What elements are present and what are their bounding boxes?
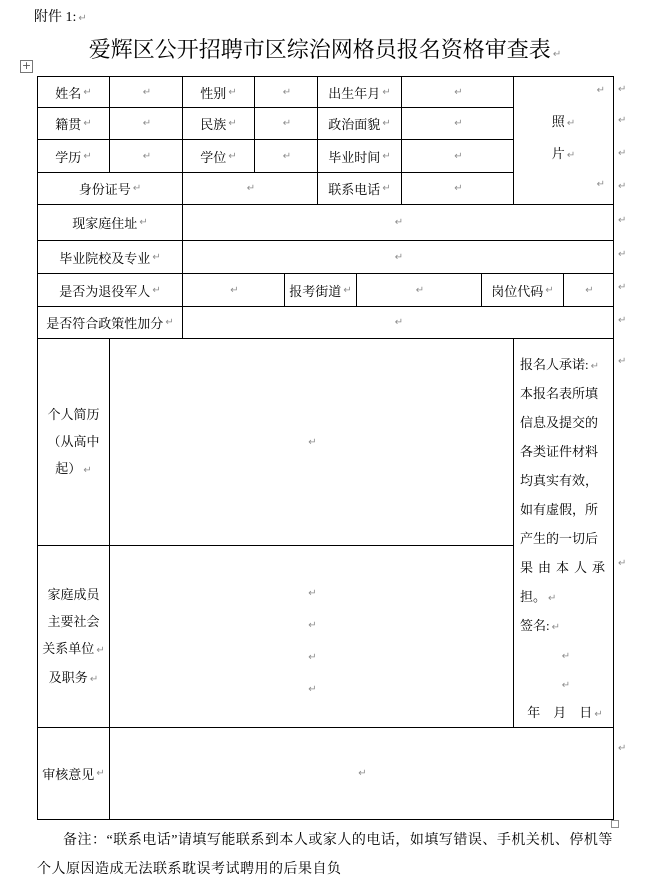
paragraph-mark: ↵ — [78, 13, 86, 24]
political-status-value-cell[interactable]: ↵ — [401, 107, 514, 140]
paragraph-mark: ↵ — [308, 578, 316, 610]
name-value-cell[interactable]: ↵ — [109, 76, 183, 108]
paragraph-mark: ↵ — [96, 768, 104, 779]
footnote-line1: 备注：“联系电话”请填写能联系到本人或家人的电话，如填写错误、手机关机、停机等 — [63, 829, 613, 849]
promise-text: 担。 — [520, 589, 546, 604]
paragraph-mark: ↵ — [395, 252, 403, 263]
promise-line: 本报名表所填 — [520, 379, 610, 408]
paragraph-mark: ↵ — [597, 85, 605, 96]
paragraph-mark: ↵ — [228, 87, 236, 98]
street-value-cell[interactable]: ↵ — [356, 273, 482, 307]
gender-label-cell: 性别↵ — [182, 76, 255, 108]
paragraph-mark: ↵ — [139, 217, 147, 228]
paragraph-mark: ↵ — [143, 118, 151, 129]
paragraph-mark: ↵ — [562, 651, 570, 662]
row-end-mark: ↵ — [618, 115, 626, 126]
veteran-value-cell[interactable]: ↵ — [182, 273, 285, 307]
home-address-label-cell: 现家庭住址↵ — [37, 204, 183, 241]
photo-label-line2: 片↵ — [514, 143, 613, 162]
paragraph-mark: ↵ — [567, 150, 575, 161]
family-label-line: 家庭成员 — [47, 581, 99, 608]
paragraph-mark: ↵ — [382, 151, 390, 162]
paragraph-mark: ↵ — [395, 217, 403, 228]
paragraph-mark: ↵ — [454, 118, 462, 129]
education-label: 学历 — [55, 147, 81, 166]
row-end-mark: ↵ — [618, 249, 626, 260]
paragraph-mark: ↵ — [591, 361, 599, 372]
signature-label: 签名: — [520, 618, 550, 633]
family-label-text: 关系单位 — [42, 641, 94, 656]
family-value-cell[interactable]: ↵ ↵ ↵ ↵ — [109, 545, 514, 728]
degree-value-cell[interactable]: ↵ — [254, 139, 318, 173]
birth-date-value-cell[interactable]: ↵ — [401, 76, 514, 108]
education-label-cell: 学历↵ — [37, 139, 110, 173]
resume-label-line: 起）↵ — [55, 455, 91, 484]
ethnicity-label-cell: 民族↵ — [182, 107, 255, 140]
row-end-mark: ↵ — [618, 356, 626, 367]
paragraph-mark: ↵ — [552, 622, 560, 633]
street-label: 报考街道 — [289, 281, 341, 300]
row-end-mark: ↵ — [618, 215, 626, 226]
graduation-time-value-cell[interactable]: ↵ — [401, 139, 514, 173]
resume-label-cell: 个人简历 （从高中 起）↵ — [37, 338, 110, 546]
row-end-mark: ↵ — [618, 315, 626, 326]
gender-label: 性别 — [200, 83, 226, 102]
policy-bonus-label: 是否符合政策性加分 — [46, 313, 163, 332]
row-end-mark: ↵ — [618, 282, 626, 293]
applicant-promise-cell: 报名人承诺:↵ 本报名表所填 信息及提交的 各类证件材料 均真实有效， 如有虚假… — [513, 338, 614, 728]
paragraph-mark: ↵ — [83, 151, 91, 162]
ethnicity-label: 民族 — [200, 114, 226, 133]
paragraph-mark: ↵ — [382, 183, 390, 194]
promise-line: 均真实有效， — [520, 466, 610, 495]
promise-line: 信息及提交的 — [520, 408, 610, 437]
paragraph-mark: ↵ — [585, 285, 593, 296]
page-title: 爱辉区公开招聘市区综治网格员报名资格审查表↵ — [0, 33, 650, 64]
political-status-label-cell: 政治面貌↵ — [317, 107, 402, 140]
veteran-label: 是否为退役军人 — [59, 281, 150, 300]
home-address-value-cell[interactable]: ↵ — [182, 204, 614, 241]
table-resize-handle[interactable] — [611, 820, 619, 828]
promise-line: 各类证件材料 — [520, 437, 610, 466]
footnote-line2: 个人原因造成无法联系耽误考试聘用的后果自负 — [37, 858, 342, 878]
id-number-label-cell: 身份证号↵ — [37, 172, 183, 205]
row-end-mark: ↵ — [618, 148, 626, 159]
education-value-cell[interactable]: ↵ — [109, 139, 183, 173]
signature-label-line: 签名:↵ — [520, 611, 610, 640]
native-place-value-cell[interactable]: ↵ — [109, 107, 183, 140]
promise-line: 果由本人承 — [520, 553, 610, 582]
family-label-line: 主要社会 — [47, 608, 99, 635]
policy-bonus-label-cell: 是否符合政策性加分↵ — [37, 306, 183, 339]
phone-value-cell[interactable]: ↵ — [401, 172, 514, 205]
paragraph-mark: ↵ — [283, 87, 291, 98]
family-label-line: 及职务↵ — [49, 664, 98, 693]
paragraph-mark: ↵ — [454, 183, 462, 194]
row-end-mark: ↵ — [618, 743, 626, 754]
paragraph-mark: ↵ — [454, 87, 462, 98]
paragraph-mark: ↵ — [83, 118, 91, 129]
name-label-cell: 姓名↵ — [37, 76, 110, 108]
native-place-label-cell: 籍贯↵ — [37, 107, 110, 140]
family-label-cell: 家庭成员 主要社会 关系单位↵ 及职务↵ — [37, 545, 110, 728]
paragraph-mark: ↵ — [96, 645, 104, 656]
resume-label-line: 个人简历 — [47, 401, 99, 428]
photo-cell[interactable]: ↵ 照↵ 片↵ ↵ — [513, 76, 614, 205]
promise-line: 担。↵ — [520, 582, 610, 611]
phone-label-cell: 联系电话↵ — [317, 172, 402, 205]
gender-value-cell[interactable]: ↵ — [254, 76, 318, 108]
paragraph-mark: ↵ — [553, 49, 561, 60]
veteran-label-cell: 是否为退役军人↵ — [37, 273, 183, 307]
graduation-time-label: 毕业时间 — [328, 147, 380, 166]
promise-line: 报名人承诺:↵ — [520, 350, 610, 379]
attachment-label: 附件 1:↵ — [34, 6, 87, 26]
position-code-label-cell: 岗位代码↵ — [481, 273, 564, 307]
paragraph-mark: ↵ — [143, 151, 151, 162]
attachment-text: 附件 1: — [34, 10, 76, 25]
paragraph-mark: ↵ — [382, 118, 390, 129]
ethnicity-value-cell[interactable]: ↵ — [254, 107, 318, 140]
resume-label-text: 起） — [55, 461, 81, 476]
id-number-label: 身份证号 — [79, 179, 131, 198]
degree-label: 学位 — [200, 147, 226, 166]
paragraph-mark: ↵ — [358, 768, 366, 779]
page-title-text: 爱辉区公开招聘市区综治网格员报名资格审查表 — [89, 37, 551, 62]
paragraph-mark: ↵ — [308, 610, 316, 642]
paragraph-mark: ↵ — [395, 317, 403, 328]
birth-date-label-cell: 出生年月↵ — [317, 76, 402, 108]
promise-line: 产生的一切后 — [520, 524, 610, 553]
promise-empty-line: ↵ — [520, 640, 610, 669]
family-label-line: 关系单位↵ — [42, 635, 104, 664]
row-end-mark: ↵ — [618, 558, 626, 569]
paragraph-mark: ↵ — [152, 252, 160, 263]
school-major-label: 毕业院校及专业 — [59, 248, 150, 267]
photo-label-text: 照 — [552, 114, 565, 129]
paragraph-mark: ↵ — [133, 183, 141, 194]
review-label: 审核意见 — [42, 764, 94, 783]
paragraph-mark: ↵ — [308, 437, 316, 448]
resume-value-cell[interactable]: ↵ — [109, 338, 514, 546]
paragraph-mark: ↵ — [165, 317, 173, 328]
political-status-label: 政治面貌 — [328, 114, 380, 133]
home-address-label: 现家庭住址 — [72, 213, 137, 232]
paragraph-mark: ↵ — [597, 179, 605, 190]
school-major-value-cell[interactable]: ↵ — [182, 240, 614, 274]
paragraph-mark: ↵ — [416, 285, 424, 296]
paragraph-mark: ↵ — [247, 183, 255, 194]
promise-empty-line: ↵ — [520, 669, 610, 698]
date-label: 年 月 日 — [527, 705, 592, 720]
policy-bonus-value-cell[interactable]: ↵ — [182, 306, 614, 339]
birth-date-label: 出生年月 — [328, 83, 380, 102]
paragraph-mark: ↵ — [308, 642, 316, 674]
graduation-time-label-cell: 毕业时间↵ — [317, 139, 402, 173]
review-value-cell[interactable]: ↵ — [109, 727, 614, 820]
paragraph-mark: ↵ — [152, 285, 160, 296]
photo-label-line1: 照↵ — [514, 111, 613, 130]
paragraph-mark: ↵ — [308, 674, 316, 706]
paragraph-mark: ↵ — [594, 709, 602, 720]
paragraph-mark: ↵ — [382, 87, 390, 98]
paragraph-mark: ↵ — [143, 87, 151, 98]
native-place-label: 籍贯 — [55, 114, 81, 133]
degree-label-cell: 学位↵ — [182, 139, 255, 173]
family-label-text: 及职务 — [49, 670, 88, 685]
paragraph-mark: ↵ — [90, 674, 98, 685]
position-code-label: 岗位代码 — [491, 281, 543, 300]
promise-text: 果由本人承 — [520, 560, 610, 575]
paragraph-mark: ↵ — [83, 87, 91, 98]
paragraph-mark: ↵ — [228, 118, 236, 129]
paragraph-mark: ↵ — [548, 593, 556, 604]
photo-label-text: 片 — [552, 146, 565, 161]
review-label-cell: 审核意见↵ — [37, 727, 110, 820]
school-major-label-cell: 毕业院校及专业↵ — [37, 240, 183, 274]
table-move-handle-icon[interactable]: + — [20, 60, 33, 73]
paragraph-mark: ↵ — [230, 285, 238, 296]
promise-text: 报名人承诺: — [520, 357, 589, 372]
date-line: 年 月 日↵ — [520, 698, 610, 727]
row-end-mark: ↵ — [618, 84, 626, 95]
street-label-cell: 报考街道↵ — [284, 273, 357, 307]
paragraph-mark: ↵ — [83, 465, 91, 476]
phone-label: 联系电话 — [328, 179, 380, 198]
paragraph-mark: ↵ — [567, 118, 575, 129]
promise-line: 如有虚假，所 — [520, 495, 610, 524]
paragraph-mark: ↵ — [228, 151, 236, 162]
paragraph-mark: ↵ — [283, 151, 291, 162]
paragraph-mark: ↵ — [545, 285, 553, 296]
resume-label-line: （从高中 — [47, 428, 99, 455]
id-number-value-cell[interactable]: ↵ — [182, 172, 318, 205]
paragraph-mark: ↵ — [454, 151, 462, 162]
row-end-mark: ↵ — [618, 181, 626, 192]
paragraph-mark: ↵ — [343, 285, 351, 296]
paragraph-mark: ↵ — [562, 680, 570, 691]
position-code-value-cell[interactable]: ↵ — [563, 273, 614, 307]
document-page: 附件 1:↵ 爱辉区公开招聘市区综治网格员报名资格审查表↵ + 姓名↵ ↵ 性别… — [0, 0, 650, 896]
paragraph-mark: ↵ — [283, 118, 291, 129]
name-label: 姓名 — [55, 83, 81, 102]
